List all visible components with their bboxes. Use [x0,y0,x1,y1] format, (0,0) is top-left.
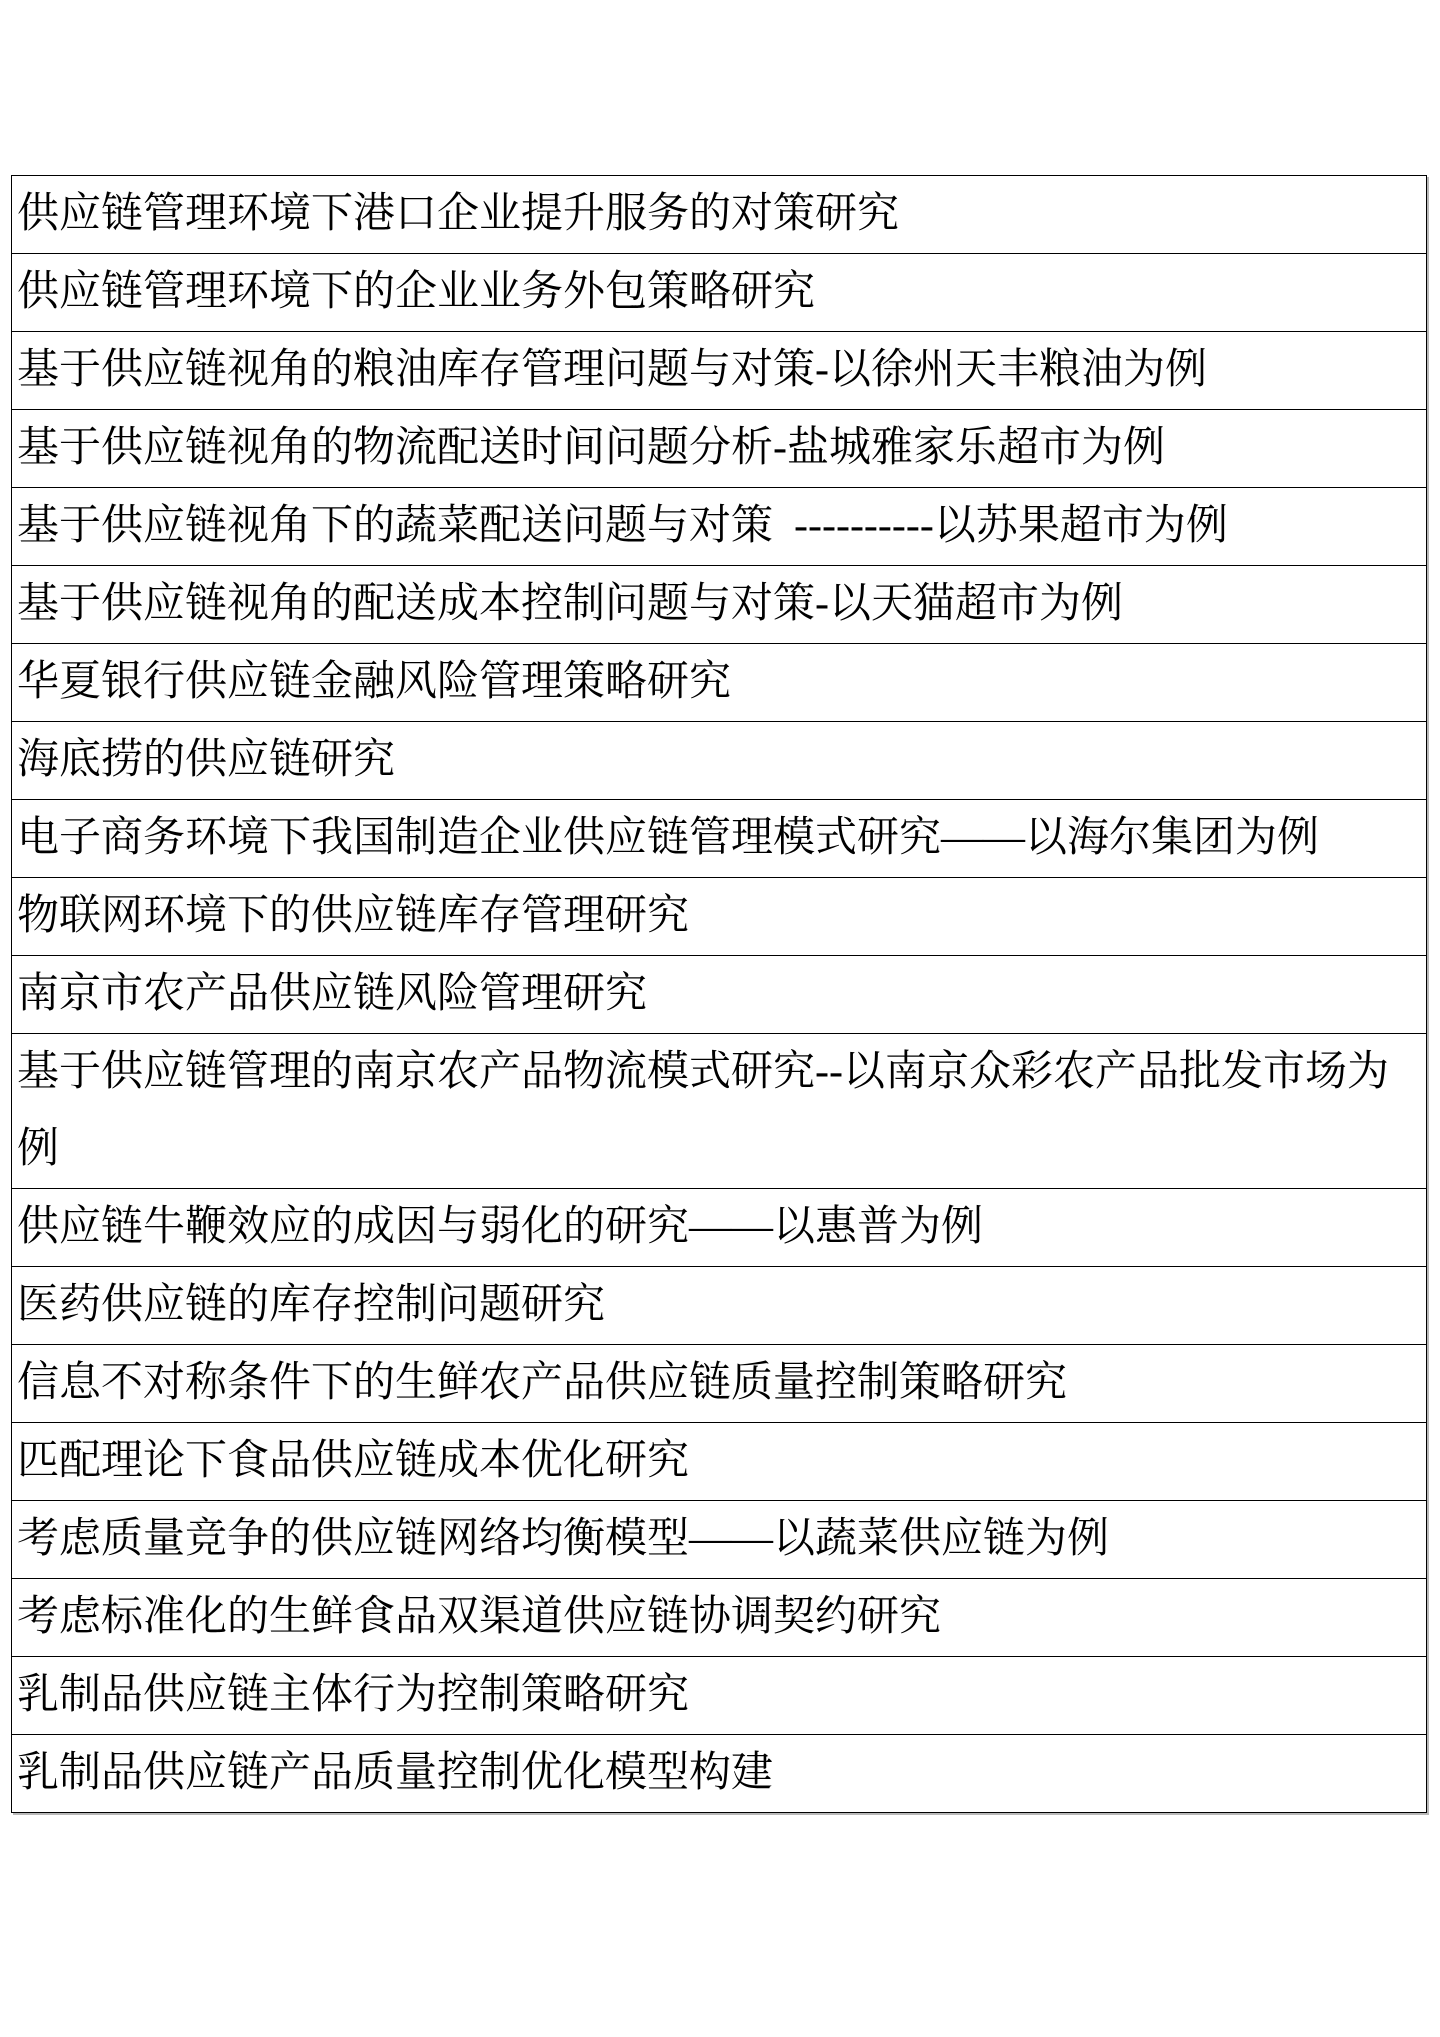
table-row: 南京市农产品供应链风险管理研究 [12,956,1427,1034]
table-row: 华夏银行供应链金融风险管理策略研究 [12,644,1427,722]
table-row: 基于供应链管理的南京农产品物流模式研究--以南京众彩农产品批发市场为例 [12,1034,1427,1189]
row-title: 电子商务环境下我国制造企业供应链管理模式研究——以海尔集团为例 [12,800,1427,878]
row-title: 基于供应链视角的粮油库存管理问题与对策-以徐州天丰粮油为例 [12,332,1427,410]
table-row: 供应链牛鞭效应的成因与弱化的研究——以惠普为例 [12,1189,1427,1267]
table-row: 基于供应链视角的粮油库存管理问题与对策-以徐州天丰粮油为例 [12,332,1427,410]
row-title: 南京市农产品供应链风险管理研究 [12,956,1427,1034]
table-row: 匹配理论下食品供应链成本优化研究 [12,1423,1427,1501]
row-title: 基于供应链视角的物流配送时间问题分析-盐城雅家乐超市为例 [12,410,1427,488]
table-row: 基于供应链视角下的蔬菜配送问题与对策 ----------以苏果超市为例 [12,488,1427,566]
row-title: 华夏银行供应链金融风险管理策略研究 [12,644,1427,722]
row-title: 基于供应链视角下的蔬菜配送问题与对策 ----------以苏果超市为例 [12,488,1427,566]
row-title: 基于供应链视角的配送成本控制问题与对策-以天猫超市为例 [12,566,1427,644]
row-title: 乳制品供应链产品质量控制优化模型构建 [12,1735,1427,1813]
row-title: 物联网环境下的供应链库存管理研究 [12,878,1427,956]
table-row: 乳制品供应链主体行为控制策略研究 [12,1657,1427,1735]
table-row: 信息不对称条件下的生鲜农产品供应链质量控制策略研究 [12,1345,1427,1423]
table-row: 基于供应链视角的物流配送时间问题分析-盐城雅家乐超市为例 [12,410,1427,488]
table-row: 考虑质量竞争的供应链网络均衡模型——以蔬菜供应链为例 [12,1501,1427,1579]
table-row: 乳制品供应链产品质量控制优化模型构建 [12,1735,1427,1813]
row-title: 乳制品供应链主体行为控制策略研究 [12,1657,1427,1735]
row-title: 信息不对称条件下的生鲜农产品供应链质量控制策略研究 [12,1345,1427,1423]
row-title: 医药供应链的库存控制问题研究 [12,1267,1427,1345]
table-row: 电子商务环境下我国制造企业供应链管理模式研究——以海尔集团为例 [12,800,1427,878]
row-title: 供应链管理环境下港口企业提升服务的对策研究 [12,176,1427,254]
table-row: 基于供应链视角的配送成本控制问题与对策-以天猫超市为例 [12,566,1427,644]
table-row: 供应链管理环境下港口企业提升服务的对策研究 [12,176,1427,254]
table-row: 医药供应链的库存控制问题研究 [12,1267,1427,1345]
titles-table: 供应链管理环境下港口企业提升服务的对策研究 供应链管理环境下的企业业务外包策略研… [11,175,1427,1813]
table-row: 考虑标准化的生鲜食品双渠道供应链协调契约研究 [12,1579,1427,1657]
table-row: 海底捞的供应链研究 [12,722,1427,800]
row-title: 考虑标准化的生鲜食品双渠道供应链协调契约研究 [12,1579,1427,1657]
row-title: 考虑质量竞争的供应链网络均衡模型——以蔬菜供应链为例 [12,1501,1427,1579]
table-row: 物联网环境下的供应链库存管理研究 [12,878,1427,956]
table-row: 供应链管理环境下的企业业务外包策略研究 [12,254,1427,332]
row-title: 基于供应链管理的南京农产品物流模式研究--以南京众彩农产品批发市场为例 [12,1034,1427,1189]
row-title: 匹配理论下食品供应链成本优化研究 [12,1423,1427,1501]
row-title: 供应链牛鞭效应的成因与弱化的研究——以惠普为例 [12,1189,1427,1267]
row-title: 海底捞的供应链研究 [12,722,1427,800]
row-title: 供应链管理环境下的企业业务外包策略研究 [12,254,1427,332]
